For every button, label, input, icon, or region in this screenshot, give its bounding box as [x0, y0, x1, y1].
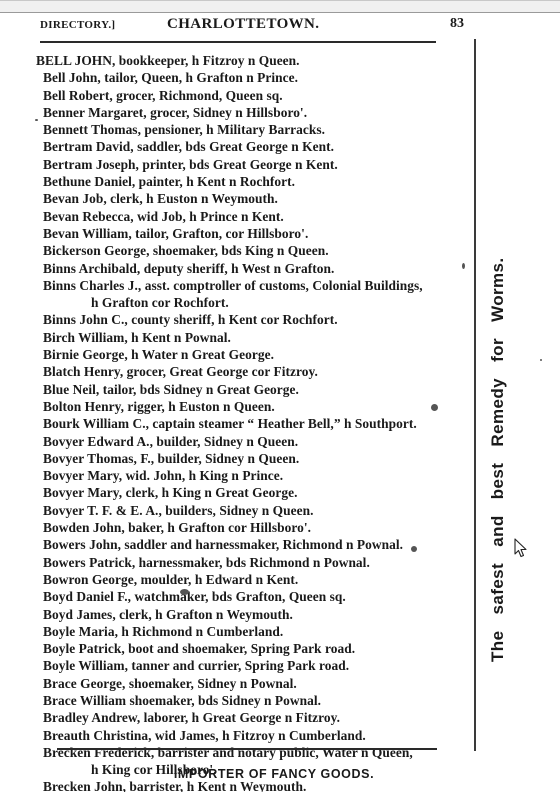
page-header: DIRECTORY.] CHARLOTTETOWN. 83 [40, 14, 470, 38]
page-number: 83 [450, 16, 464, 32]
directory-entry: BELL JOHN, bookkeeper, h Fitzroy n Queen… [36, 52, 472, 69]
directory-entry: Bertram Joseph, printer, bds Great Georg… [36, 156, 472, 173]
directory-entry: Bolton Henry, rigger, h Euston n Queen. [36, 398, 472, 415]
directory-entry: Bevan William, tailor, Grafton, cor Hill… [36, 225, 472, 242]
directory-page: DIRECTORY.] CHARLOTTETOWN. 83 BELL JOHN,… [0, 14, 560, 792]
directory-entry: Bradley Andrew, laborer, h Great George … [36, 709, 472, 726]
directory-entry: Boyle Maria, h Richmond n Cumberland. [36, 623, 472, 640]
directory-entry: Brace William shoemaker, bds Sidney n Po… [36, 692, 472, 709]
directory-entry: Breauth Christina, wid James, h Fitzroy … [36, 727, 472, 744]
directory-entry: Blue Neil, tailor, bds Sidney n Great Ge… [36, 381, 472, 398]
directory-entry: Boyd James, clerk, h Grafton n Weymouth. [36, 606, 472, 623]
directory-entry: Binns Charles J., asst. comptroller of c… [36, 277, 472, 312]
directory-entry: Bovyer Mary, wid. John, h King n Prince. [36, 467, 472, 484]
directory-entry: Boyd Daniel F., watchmaker, bds Grafton,… [36, 588, 472, 605]
directory-entry: Bickerson George, shoemaker, bds King n … [36, 242, 472, 259]
directory-entry: Blatch Henry, grocer, Great George cor F… [36, 363, 472, 380]
directory-entry: Bertram David, saddler, bds Great George… [36, 138, 472, 155]
directory-entry: Boyle William, tanner and currier, Sprin… [36, 657, 472, 674]
running-head-section: DIRECTORY.] [40, 19, 115, 31]
mouse-cursor-icon [514, 538, 528, 558]
directory-entry: Bell Robert, grocer, Richmond, Queen sq. [36, 87, 472, 104]
directory-entry: Bovyer Mary, clerk, h King n Great Georg… [36, 484, 472, 501]
directory-entry: Bowers Patrick, harnessmaker, bds Richmo… [36, 554, 472, 571]
print-speck [431, 404, 438, 411]
directory-entries: BELL JOHN, bookkeeper, h Fitzroy n Queen… [36, 52, 472, 792]
print-speck [411, 546, 417, 552]
viewer-top-bar [0, 0, 560, 13]
directory-entry: Binns John C., county sheriff, h Kent co… [36, 311, 472, 328]
running-head-title: CHARLOTTETOWN. [167, 16, 319, 33]
directory-entry: Bennett Thomas, pensioner, h Military Ba… [36, 121, 472, 138]
directory-entry: Bourk William C., captain steamer “ Heat… [36, 415, 472, 432]
directory-entry: Bovyer Edward A., builder, Sidney n Quee… [36, 433, 472, 450]
directory-entry: Boyle Patrick, boot and shoemaker, Sprin… [36, 640, 472, 657]
column-divider-rule [474, 39, 476, 751]
entry-continuation: h Grafton cor Rochfort. [43, 294, 472, 311]
directory-entry: Bowden John, baker, h Grafton cor Hillsb… [36, 519, 472, 536]
directory-entry: Bovyer Thomas, F., builder, Sidney n Que… [36, 450, 472, 467]
print-speck [180, 589, 189, 595]
directory-entry: Bethune Daniel, painter, h Kent n Rochfo… [36, 173, 472, 190]
directory-entry: Birch William, h Kent n Pownal. [36, 329, 472, 346]
print-speck [540, 359, 542, 361]
vertical-advertisement: The safest and best Remedy for Worms. [486, 162, 510, 662]
header-rule [40, 41, 436, 43]
directory-entry: Bell John, tailor, Queen, h Grafton n Pr… [36, 69, 472, 86]
print-speck [462, 263, 465, 269]
directory-entry: Bevan Rebecca, wid Job, h Prince n Kent. [36, 208, 472, 225]
footer-rule [57, 748, 437, 750]
page-footer-advertisement: IMPORTER OF FANCY GOODS. [0, 767, 560, 781]
directory-entry: Bevan Job, clerk, h Euston n Weymouth. [36, 190, 472, 207]
directory-entry: Bowers John, saddler and harnessmaker, R… [36, 536, 472, 553]
print-speck [35, 119, 38, 121]
directory-entry: Binns Archibald, deputy sheriff, h West … [36, 260, 472, 277]
directory-entry: Bowron George, moulder, h Edward n Kent. [36, 571, 472, 588]
directory-entry: Birnie George, h Water n Great George. [36, 346, 472, 363]
directory-entry: Bovyer T. F. & E. A., builders, Sidney n… [36, 502, 472, 519]
directory-entry: Brace George, shoemaker, Sidney n Pownal… [36, 675, 472, 692]
directory-entry: Benner Margaret, grocer, Sidney n Hillsb… [36, 104, 472, 121]
